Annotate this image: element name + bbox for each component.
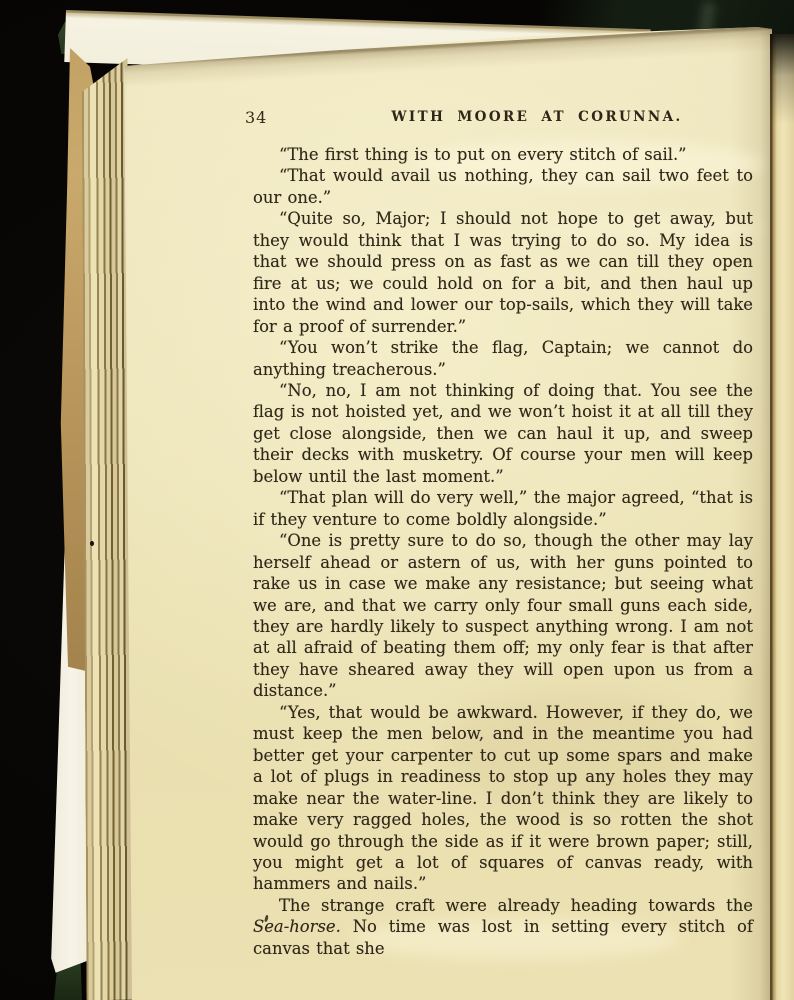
main-page: 34 WITH MOORE AT CORUNNA. “The first thi… <box>112 0 772 1000</box>
paragraph: “Yes, that would be awkward. However, if… <box>253 702 753 895</box>
dust-speck <box>90 541 94 546</box>
book-page-photo: 34 WITH MOORE AT CORUNNA. “The first thi… <box>0 0 794 1000</box>
running-title: WITH MOORE AT CORUNNA. <box>391 109 682 125</box>
paragraph: “No, no, I am not thinking of doing that… <box>253 380 753 487</box>
paragraph: “One is pretty sure to do so, though the… <box>253 530 753 702</box>
facing-page-edge <box>770 34 794 1000</box>
paragraph: “Quite so, Major; I should not hope to g… <box>253 208 753 337</box>
paragraph: The strange craft were already heading t… <box>253 895 753 959</box>
page-number: 34 <box>245 108 267 127</box>
paragraph: “You won’t strike the flag, Captain; we … <box>253 337 753 380</box>
paragraph: “The first thing is to put on every stit… <box>253 144 753 165</box>
page-header: 34 WITH MOORE AT CORUNNA. <box>245 106 750 128</box>
page-edge-stack <box>81 24 132 1000</box>
paragraph: “That would avail us nothing, they can s… <box>253 165 753 208</box>
body-text: “The first thing is to put on every stit… <box>253 144 753 959</box>
paragraph: “That plan will do very well,” the major… <box>253 487 753 530</box>
